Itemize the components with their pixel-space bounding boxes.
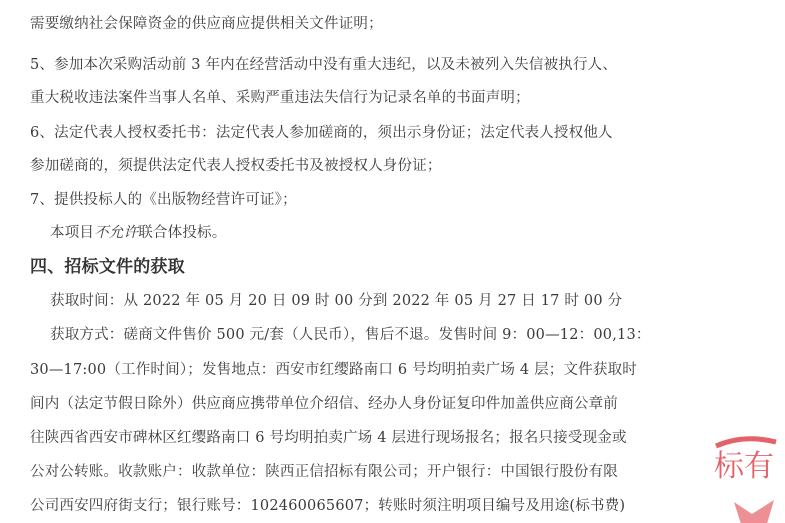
acquisition-method-line-3: 间内（法定节假日除外）供应商应携带单位介绍信、经办人身份证复印件加盖供应商公章前 [30, 395, 618, 413]
document-page: 需要缴纳社会保障资金的供应商应提供相关文件证明； 5、参加本次采购活动前 3 年… [0, 0, 785, 523]
text-line-item-7: 7、提供投标人的《出版物经营许可证》； [30, 191, 297, 209]
acquisition-method-line-2: 30—17:00（工作时间）；发售地点：西安市红缨路南口 6 号均明拍卖广场 4… [30, 361, 637, 379]
section-heading: 四、招标文件的获取 [30, 258, 185, 276]
acquisition-method-line-4: 往陕西省西安市碑林区红缨路南口 6 号均明拍卖广场 4 层进行现场报名；报名只接… [30, 429, 627, 447]
acquisition-method-line-5: 公对公转账。收款账户：收款单位：陕西正信招标有限公司；开户银行：中国银行股份有限 [30, 463, 618, 481]
acquisition-method-line-1: 获取方式：磋商文件售价 500 元/套（人民币），售后不退。发售时间 9：00—… [50, 326, 651, 344]
company-seal-stamp: 标有 [714, 432, 785, 523]
consortium-prefix: 本项目 [50, 225, 94, 241]
acquisition-method-line-6: 公司西安四府街支行；银行账号：102460065607；转账时须注明项目编号及用… [30, 497, 625, 515]
text-line-social-security: 需要缴纳社会保障资金的供应商应提供相关文件证明； [30, 15, 383, 33]
acquisition-time: 获取时间：从 2022 年 05 月 20 日 09 时 00 分到 2022 … [50, 292, 622, 310]
consortium-emphasis: 不允许 [94, 225, 138, 241]
text-line-item-5: 5、参加本次采购活动前 3 年内在经营活动中没有重大违纪，以及未被列入失信被执行… [30, 56, 617, 74]
text-line-item-6: 6、法定代表人授权委托书：法定代表人参加磋商的，须出示身份证；法定代表人授权他人 [30, 124, 613, 142]
text-line-item-6-cont: 参加磋商的，须提供法定代表人授权委托书及被授权人身份证； [30, 157, 442, 175]
text-line-item-5-cont: 重大税收违法案件当事人名单、采购严重违法失信行为记录名单的书面声明； [30, 89, 530, 107]
consortium-statement: 本项目不允许联合体投标。 [50, 224, 226, 242]
consortium-suffix: 联合体投标。 [138, 225, 226, 241]
svg-text:标有: 标有 [714, 449, 774, 484]
seal-icon: 标有 [714, 432, 785, 523]
